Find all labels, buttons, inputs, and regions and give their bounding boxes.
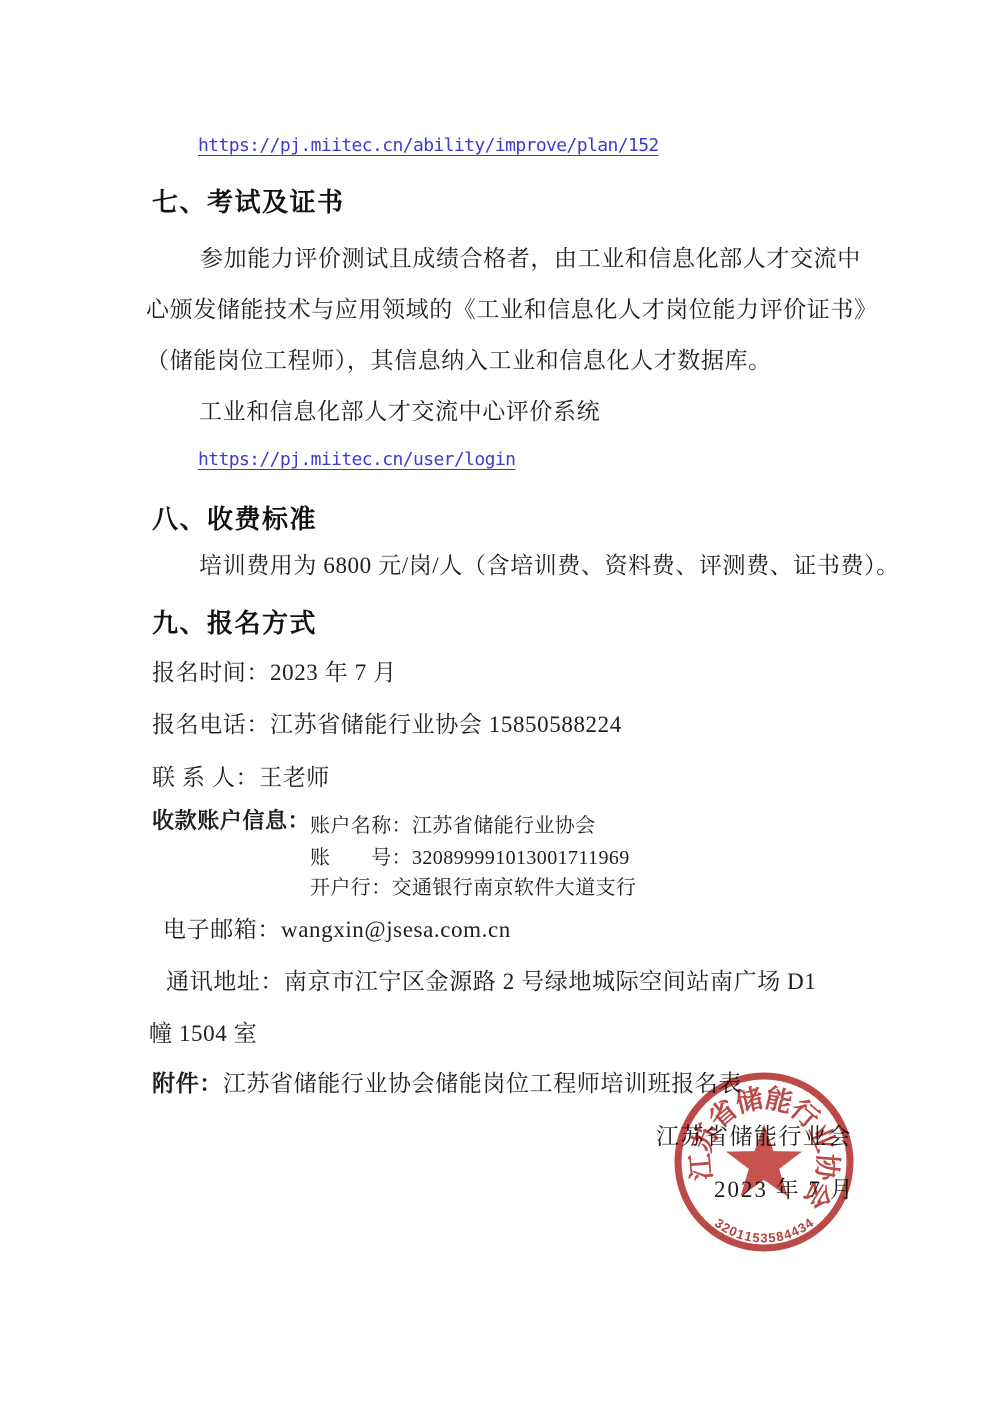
login-url-link[interactable]: https://pj.miitec.cn/user/login <box>198 449 515 470</box>
email-line: 电子邮箱：wangxin@jsesa.com.cn <box>163 916 511 945</box>
signup-time-line: 报名时间：2023 年 7 月 <box>152 659 397 688</box>
fee-line: 培训费用为 6800 元/岗/人（含培训费、资料费、评测费、证书费）。 <box>199 552 900 581</box>
svg-text:江: 江 <box>685 1152 717 1181</box>
account-number-line: 账 号：320899991013001711969 <box>310 841 630 870</box>
section-heading-signup: 九、报名方式 <box>152 603 317 640</box>
svg-text:会: 会 <box>798 1176 838 1215</box>
official-stamp: 江苏省储能行业协会 3201153584434 <box>652 1050 876 1274</box>
email-value: wangxin@jsesa.com.cn <box>281 917 511 942</box>
exam-paragraph-line-1: 参加能力评价测试且成绩合格者，由工业和信息化部人才交流中 <box>200 245 861 274</box>
contact-person-line: 联 系 人：王老师 <box>152 764 330 793</box>
exam-paragraph-line-2: 心颁发储能技术与应用领域的《工业和信息化人才岗位能力评价证书》 <box>146 296 878 325</box>
stamp-star <box>726 1124 802 1196</box>
document-page: https://pj.miitec.cn/ability/improve/pla… <box>0 0 1000 1414</box>
account-info-label: 收款账户信息： <box>152 807 310 835</box>
account-name-line: 账户名称：江苏省储能行业协会 <box>310 809 596 838</box>
address-line-2: 幢 1504 室 <box>149 1020 257 1049</box>
svg-text:3: 3 <box>760 1231 767 1246</box>
plan-url-link[interactable]: https://pj.miitec.cn/ability/improve/pla… <box>198 135 659 156</box>
exam-paragraph-line-3: （储能岗位工程师），其信息纳入工业和信息化人才数据库。 <box>146 347 772 376</box>
signup-phone-line: 报名电话：江苏省储能行业协会 15850588224 <box>152 711 622 740</box>
svg-text:储: 储 <box>733 1083 767 1119</box>
section-heading-exam: 七、考试及证书 <box>152 182 345 219</box>
bank-line: 开户行：交通银行南京软件大道支行 <box>310 871 636 900</box>
address-line-1: 通讯地址：南京市江宁区金源路 2 号绿地城际空间站南广场 D1 <box>166 968 816 997</box>
attachment-label: 附件： <box>152 1071 223 1096</box>
email-label: 电子邮箱： <box>163 917 281 942</box>
evaluation-system-line: 工业和信息化部人才交流中心评价系统 <box>199 398 600 427</box>
svg-text:5: 5 <box>752 1230 761 1246</box>
section-heading-fee: 八、收费标准 <box>152 499 317 536</box>
